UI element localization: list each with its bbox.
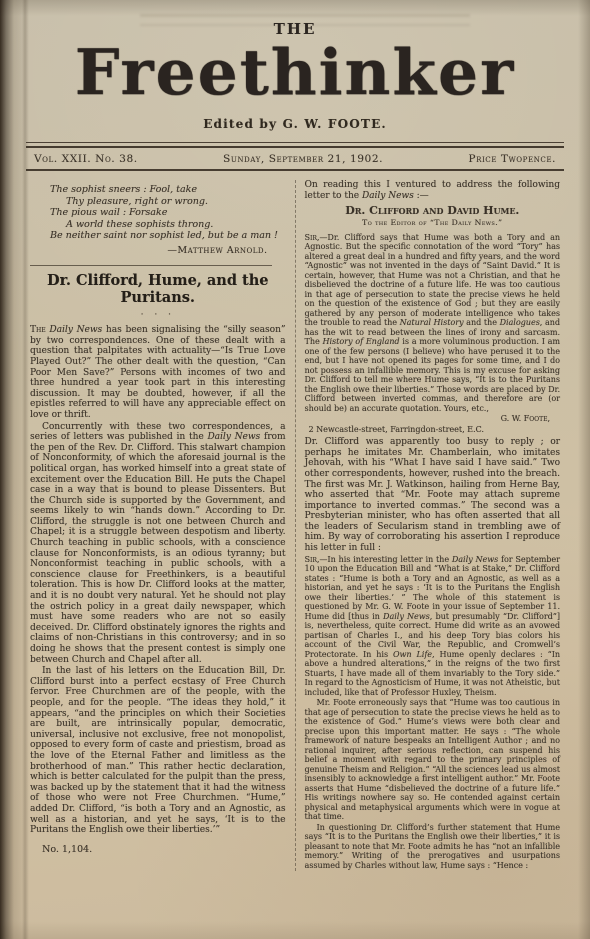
article-headline: Dr. Clifford, Hume, and the Puritans. <box>30 273 286 306</box>
dateline: Vol. XXII. No. 38. Sunday, September 21,… <box>34 153 556 165</box>
dateline-volume: Vol. XXII. No. 38. <box>34 153 138 165</box>
left-column: The sophist sneers : Fool, take Thy plea… <box>30 180 295 871</box>
letter-to-editor: Sir,—Dr. Clifford says that Hume was bot… <box>305 233 561 435</box>
letter-address: 2 Newcastle-street, Farringdon-street, E… <box>305 425 561 435</box>
letter-paragraph: In questioning Dr. Clifford’s further st… <box>305 823 561 871</box>
article-columns: The sophist sneers : Fool, take Thy plea… <box>30 180 560 871</box>
headline-ornament: · · · <box>30 310 286 321</box>
article-paragraph: The Daily News has been signalising the … <box>30 325 286 420</box>
letter-body: Sir,—Dr. Clifford says that Hume was bot… <box>305 233 561 414</box>
right-column: On reading this I ventured to address th… <box>295 180 561 871</box>
letter-signature: G. W. Foote, <box>305 414 561 424</box>
epigraph-attribution: —Matthew Arnold. <box>50 245 280 257</box>
epigraph-line: Be neither saint nor sophist led, but be… <box>50 230 280 242</box>
letter-paragraph: Sir,—In his interesting letter in the Da… <box>305 555 561 698</box>
intro-paragraph: On reading this I ventured to address th… <box>305 180 561 201</box>
epigraph: The sophist sneers : Fool, take Thy plea… <box>30 180 286 262</box>
article-paragraph: Concurrently with these two corresponden… <box>30 422 286 666</box>
commentary-paragraph: Dr. Clifford was apparently too busy to … <box>305 437 561 554</box>
epigraph-line: Thy pleasure, right or wrong. <box>50 196 280 208</box>
article-paragraph: In the last of his letters on the Educat… <box>30 666 286 836</box>
letter-heading: Dr. Clifford and David Hume. <box>305 206 561 217</box>
epigraph-rule <box>30 265 272 266</box>
dateline-date: Sunday, September 21, 1902. <box>223 153 383 165</box>
masthead-byline: Edited by G. W. FOOTE. <box>0 117 590 131</box>
epigraph-line: The pious wail : Forsake <box>50 207 280 219</box>
masthead: THE Freethinker Edited by G. W. FOOTE. <box>0 0 590 131</box>
masthead-title: Freethinker <box>0 40 590 104</box>
letter-subheading: To the Editor of “The Daily News.” <box>305 218 561 229</box>
reproduced-letter: Sir,—In his interesting letter in the Da… <box>305 555 561 871</box>
letter-paragraph: Mr. Foote erroneously says that “Hume wa… <box>305 698 561 822</box>
dateline-rule <box>26 169 564 171</box>
epigraph-line: A world these sophists throng. <box>50 219 280 231</box>
issue-number: No. 1,104. <box>30 845 286 856</box>
dateline-price: Price Twopence. <box>468 153 556 165</box>
masthead-rule <box>26 142 564 148</box>
epigraph-line: The sophist sneers : Fool, take <box>50 184 280 196</box>
newspaper-page: THE Freethinker Edited by G. W. FOOTE. V… <box>0 0 590 939</box>
